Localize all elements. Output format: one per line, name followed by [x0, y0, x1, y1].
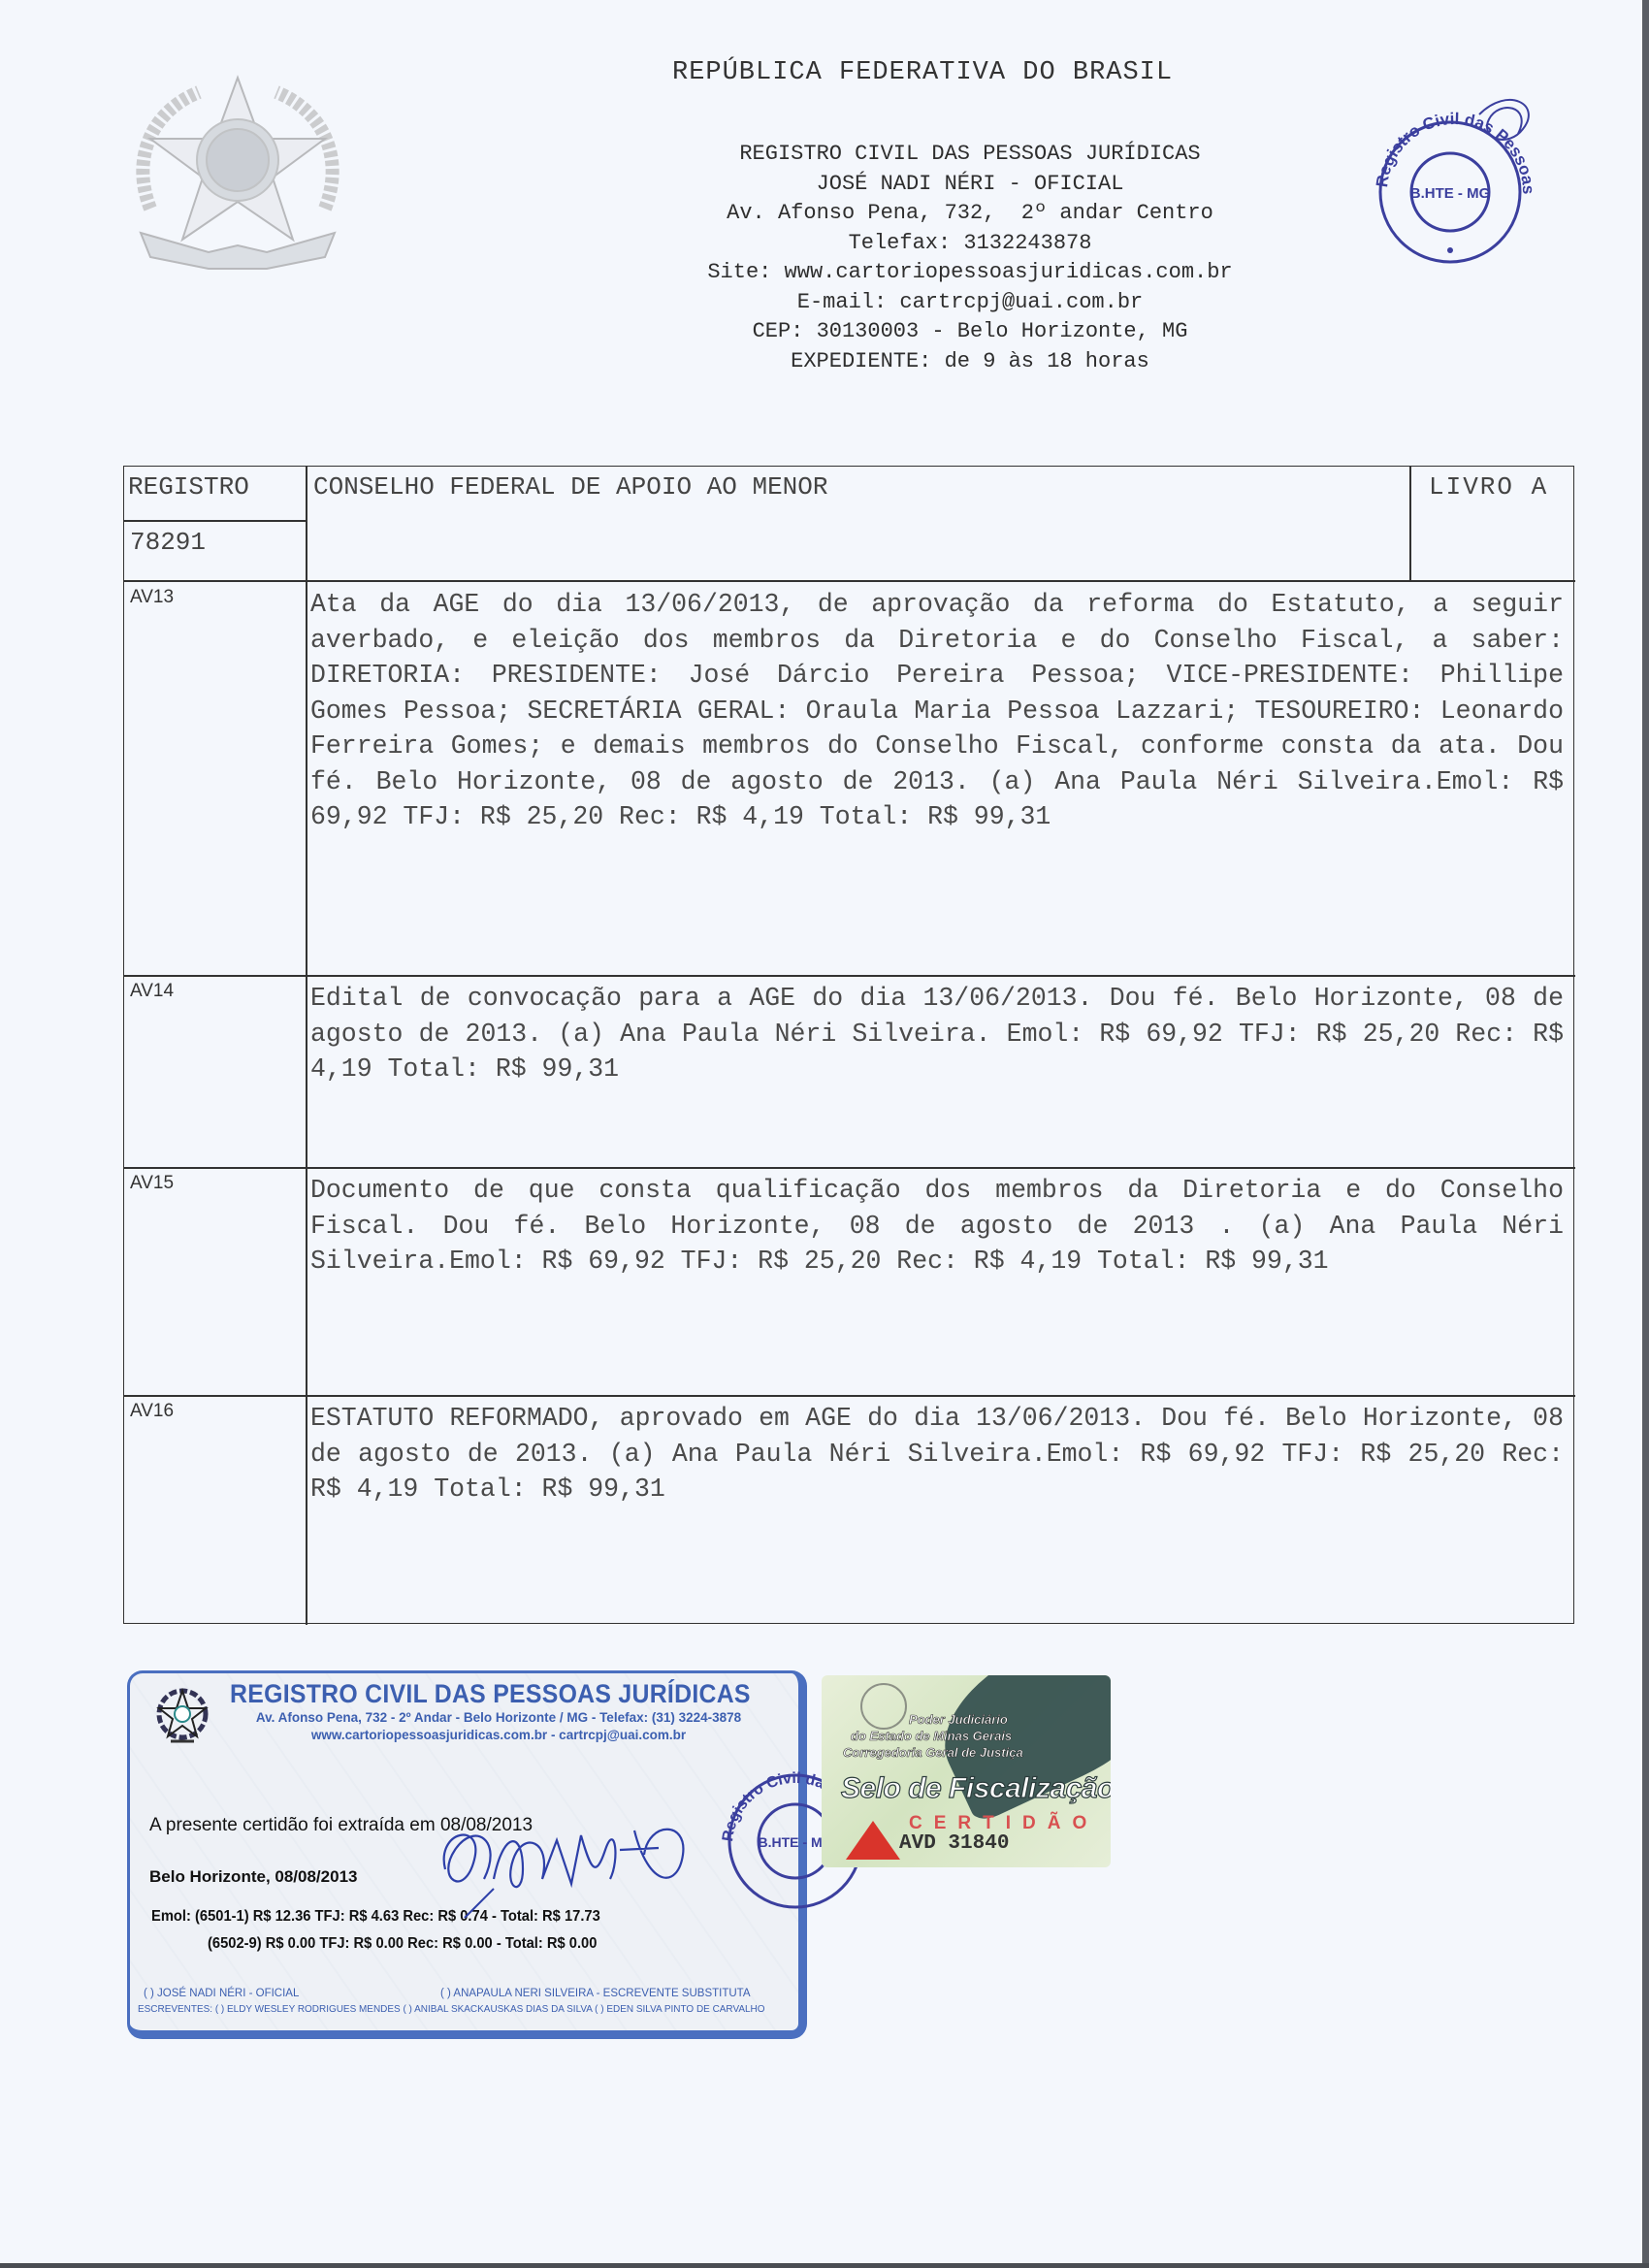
entity-name: CONSELHO FEDERAL DE APOIO AO MENOR — [313, 472, 828, 502]
entry-code: AV13 — [130, 587, 174, 608]
header-line: REGISTRO CIVIL DAS PESSOAS JURÍDICAS — [621, 140, 1319, 170]
seal-line-3: Corregedoria Geral de Justiça — [843, 1745, 1023, 1760]
seal-line-2: do Estado de Minas Gerais — [851, 1729, 1012, 1743]
entry-text: Documento de que consta qualificação dos… — [310, 1173, 1564, 1280]
entry-text: ESTATUTO REFORMADO, aprovado em AGE do d… — [310, 1401, 1564, 1507]
seal-emblem-icon — [860, 1683, 907, 1730]
page-edge-right — [1642, 0, 1649, 2268]
brazil-coat-of-arms-icon — [121, 63, 354, 276]
card-web: www.cartoriopessoasjuridicas.com.br - ca… — [227, 1728, 770, 1742]
header-line: Telefax: 3132243878 — [621, 229, 1319, 259]
svg-text:B.HTE - MG: B.HTE - MG — [1410, 185, 1491, 202]
entry-code: AV16 — [130, 1401, 174, 1422]
svg-text:Registro Civil das Pessoas Jur: Registro Civil das Pessoas Jurídicas — [1363, 85, 1537, 195]
entry-text: Ata da AGE do dia 13/06/2013, de aprovaç… — [310, 587, 1564, 835]
entry-code: AV14 — [130, 981, 174, 1002]
card-title: REGISTRO CIVIL DAS PESSOAS JURÍDICAS — [227, 1679, 754, 1709]
entry-text: Edital de convocação para a AGE do dia 1… — [310, 981, 1564, 1087]
state-emblem-icon — [153, 1685, 211, 1753]
header-line: Site: www.cartoriopessoasjuridicas.com.b… — [621, 258, 1319, 288]
registry-table: REGISTRO 78291 CONSELHO FEDERAL DE APOIO… — [123, 466, 1574, 1624]
page-edge-bottom — [0, 2263, 1649, 2268]
header-line: EXPEDIENTE: de 9 às 18 horas — [621, 347, 1319, 377]
registro-label: REGISTRO — [128, 472, 249, 502]
seal-title: Selo de Fiscalização — [841, 1772, 1111, 1805]
header-line: Av. Afonso Pena, 732, 2º andar Centro — [621, 199, 1319, 229]
signature-icon — [426, 1811, 697, 1928]
entry-code: AV15 — [130, 1173, 174, 1194]
officer-substituta: ( ) ANAPAULA NERI SILVEIRA - ESCREVENTE … — [440, 1988, 751, 1999]
seal-type: CERTIDÃO — [909, 1813, 1098, 1834]
header-line: CEP: 30130003 - Belo Horizonte, MG — [621, 317, 1319, 347]
minas-triangle-icon — [846, 1821, 900, 1860]
registro-number: 78291 — [130, 528, 206, 557]
card-address: Av. Afonso Pena, 732 - 2º Andar - Belo H… — [227, 1710, 770, 1725]
header-line: JOSÉ NADI NÉRI - OFICIAL — [621, 170, 1319, 200]
livro-label: LIVRO A — [1429, 472, 1548, 502]
fiscal-seal: Poder Judiciário do Estado de Minas Gera… — [822, 1675, 1111, 1867]
registry-stamp-icon: Registro Civil das Pessoas Jurídicas B.H… — [1363, 85, 1547, 270]
place-date: Belo Horizonte, 08/08/2013 — [149, 1867, 357, 1887]
header-line: E-mail: cartrcpj@uai.com.br — [621, 288, 1319, 318]
officer-escreventes: ESCREVENTES: ( ) ELDY WESLEY RODRIGUES M… — [138, 2003, 765, 2015]
officer-oficial: ( ) JOSÉ NADI NÉRI - OFICIAL — [144, 1988, 299, 1999]
header-address-block: REGISTRO CIVIL DAS PESSOAS JURÍDICAS JOS… — [621, 140, 1319, 376]
certificate-card: REGISTRO CIVIL DAS PESSOAS JURÍDICAS Av.… — [127, 1670, 807, 2039]
seal-code: AVD 31840 — [899, 1832, 1009, 1855]
fees-line-2: (6502-9) R$ 0.00 TFJ: R$ 0.00 Rec: R$ 0.… — [208, 1935, 597, 1953]
seal-line-1: Poder Judiciário — [909, 1712, 1008, 1727]
